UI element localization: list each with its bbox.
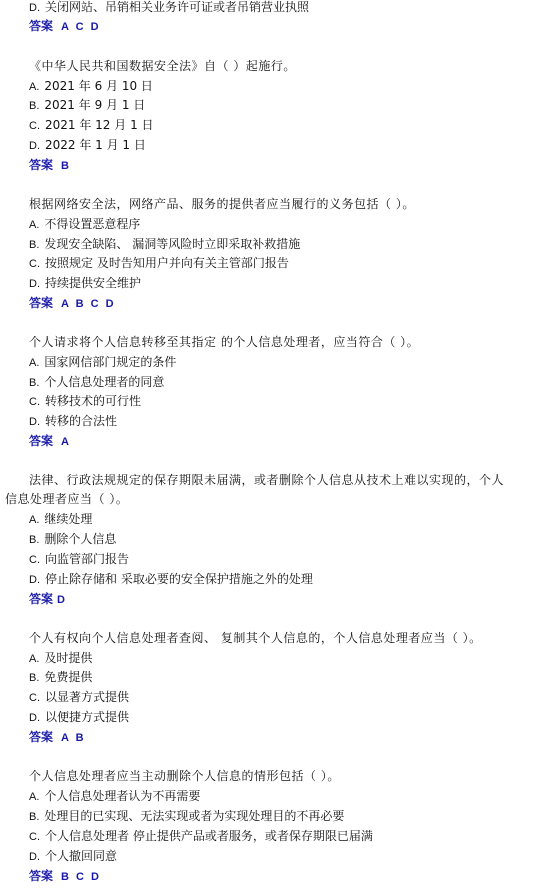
option-d: D.转移的合法性 (29, 413, 117, 430)
answer-line: 答案B (29, 157, 71, 174)
option-d: D.关闭网站、吊销相关业务许可证或者吊销营业执照 (29, 0, 309, 16)
answer-line: 答案D (29, 591, 67, 608)
option-a: A.2021 年 6 月 10 日 (29, 78, 153, 95)
option-b: B.个人信息处理者的同意 (29, 374, 164, 391)
option-c: C.按照规定 及时告知用户并向有关主管部门报告 (29, 255, 289, 272)
option-c: C.转移技术的可行性 (29, 393, 141, 410)
option-b: B.删除个人信息 (29, 531, 116, 548)
option-c: C.向监管部门报告 (29, 551, 129, 568)
option-c: C.以显著方式提供 (29, 689, 129, 706)
question-text: 个人请求将个人信息转移至其指定 的个人信息处理者，应当符合（ ）。 (29, 334, 419, 350)
option-d: D.以便捷方式提供 (29, 709, 129, 726)
answer-line: 答案A (29, 433, 71, 450)
question-text-line1: 法律、行政法规规定的保存期限未届满，或者删除个人信息从技术上难以实现的，个人 (29, 472, 504, 488)
question-text: 个人有权向个人信息处理者查阅、 复制其个人信息的，个人信息处理者应当（ ）。 (29, 630, 482, 646)
option-d: D.2022 年 1 月 1 日 (29, 137, 146, 154)
option-b: B.发现安全缺陷、 漏洞等风险时立即采取补救措施 (29, 236, 300, 253)
option-d: D.个人撤回同意 (29, 848, 117, 865)
option-a: A.不得设置恶意程序 (29, 216, 140, 233)
answer-line: 答案B C D (29, 868, 101, 885)
option-c: C.2021 年 12 月 1 日 (29, 117, 154, 134)
answer-line: 答案A B C D (29, 295, 116, 312)
option-a: A.个人信息处理者认为不再需要 (29, 788, 200, 805)
option-a: A.继续处理 (29, 511, 92, 528)
question-text: 《中华人民共和国数据安全法》自（ ）起施行。 (29, 58, 296, 74)
answer-line: 答案A C D (29, 18, 101, 35)
option-b: B.免费提供 (29, 669, 92, 686)
question-text-line2: 信息处理者应当（ ）。 (5, 491, 128, 507)
answer-line: 答案A B (29, 729, 86, 746)
option-b: B.2021 年 9 月 1 日 (29, 97, 145, 114)
option-a: A.国家网信部门规定的条件 (29, 354, 176, 371)
option-a: A.及时提供 (29, 650, 92, 667)
option-c: C.个人信息处理者 停止提供产品或者服务，或者保存期限已届满 (29, 828, 373, 845)
option-d: D.持续提供安全维护 (29, 275, 141, 292)
question-text: 个人信息处理者应当主动删除个人信息的情形包括（ ）。 (29, 768, 340, 784)
question-text: 根据网络安全法，网络产品、服务的提供者应当履行的义务包括（ ）。 (29, 196, 415, 212)
option-b: B.处理目的已实现、无法实现或者为实现处理目的不再必要 (29, 808, 344, 825)
option-d: D.停止除存储和 采取必要的安全保护措施之外的处理 (29, 571, 313, 588)
